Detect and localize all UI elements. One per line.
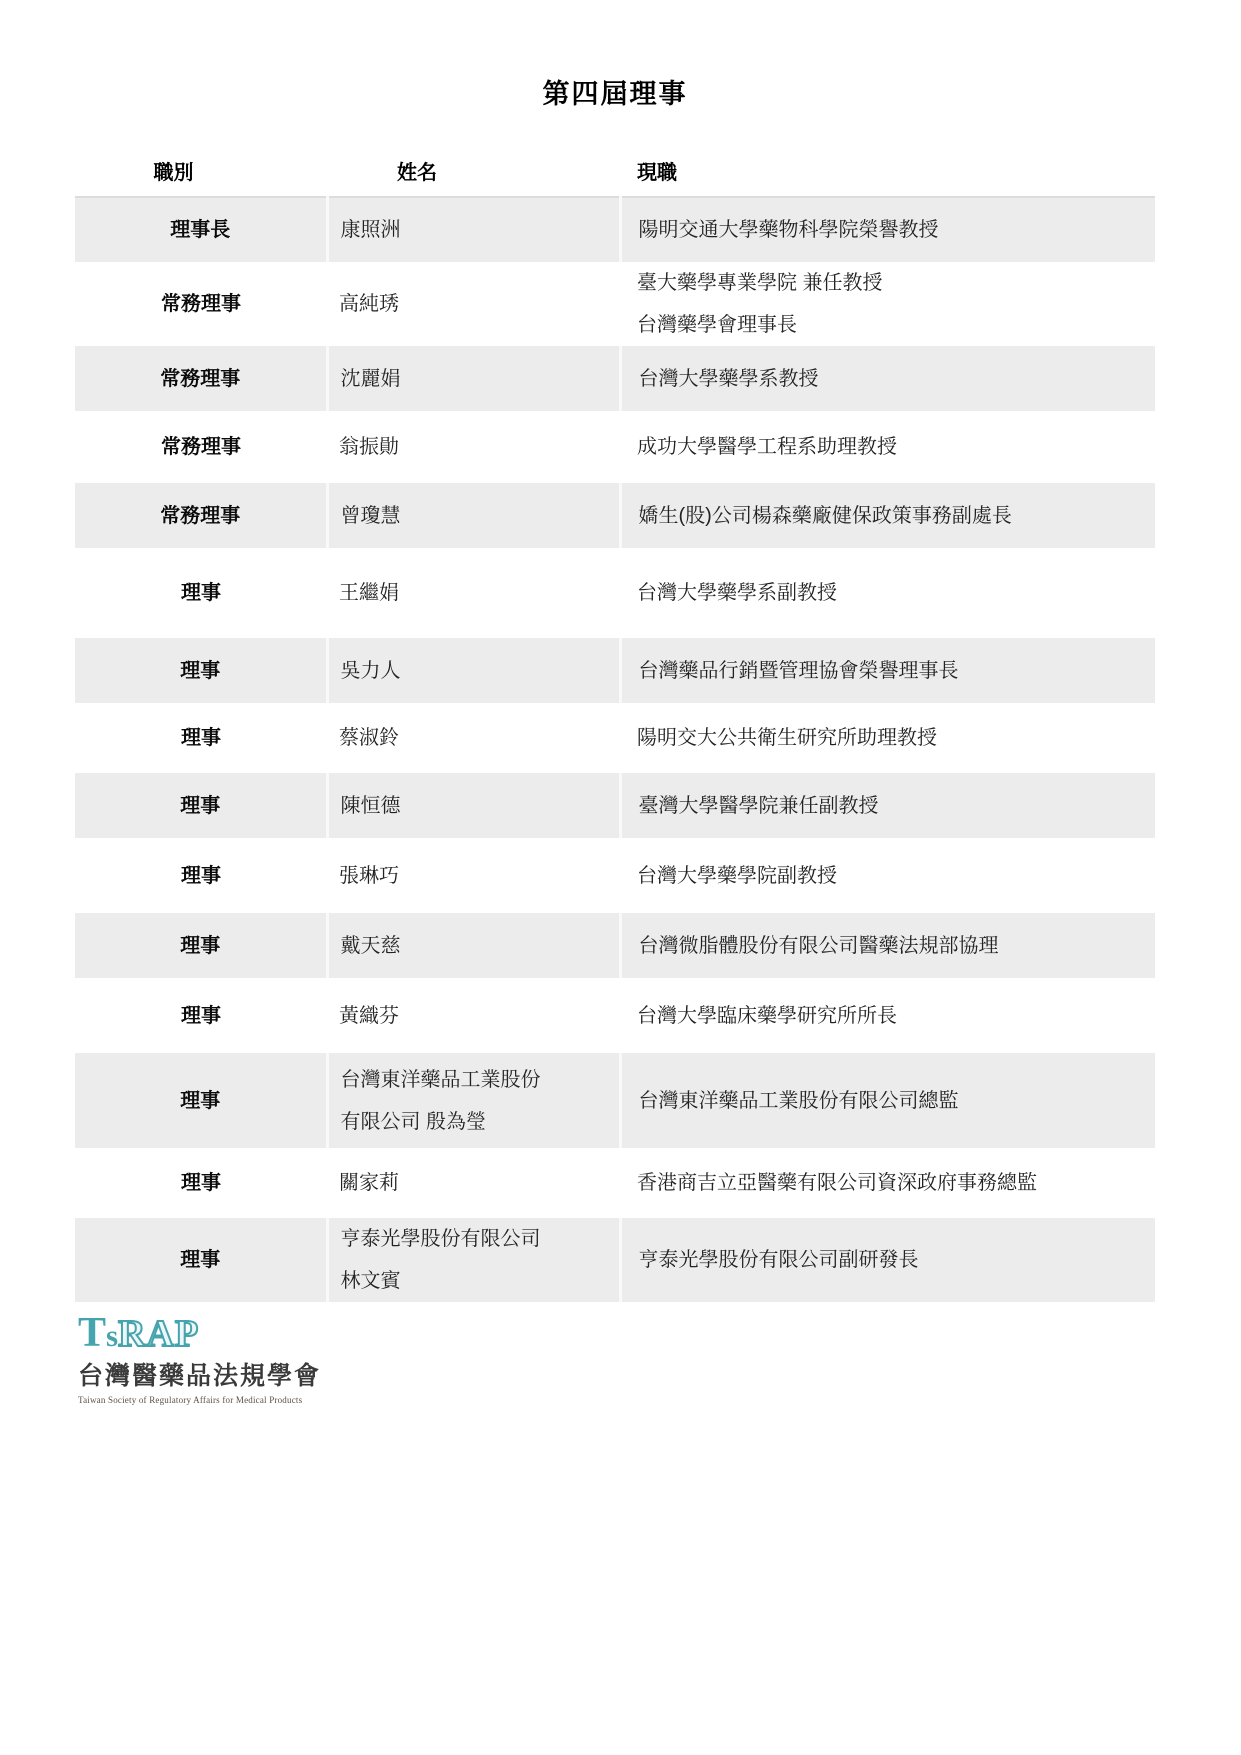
position-cell: 陽明交通大學藥物科學院榮譽教授 <box>620 197 1155 262</box>
table-row: 理事長 康照洲 陽明交通大學藥物科學院榮譽教授 <box>75 197 1155 262</box>
name-cell: 曾瓊慧 <box>327 483 620 548</box>
role-cell: 理事 <box>75 1053 327 1148</box>
name-cell: 吳力人 <box>327 638 620 703</box>
position-cell: 台灣微脂體股份有限公司醫藥法規部協理 <box>620 913 1155 978</box>
role-cell: 理事 <box>75 638 327 703</box>
name-cell: 翁振勛 <box>327 411 620 483</box>
name-cell: 黃織芬 <box>327 978 620 1053</box>
directors-table: 職別 姓名 現職 理事長 康照洲 陽明交通大學藥物科學院榮譽教授 常務理事 高純… <box>75 145 1155 1302</box>
table-row: 理事 吳力人 台灣藥品行銷暨管理協會榮譽理事長 <box>75 638 1155 703</box>
name-cell: 高純琇 <box>327 262 620 346</box>
name-cell: 王繼娟 <box>327 548 620 638</box>
table-row: 理事 蔡淑鈴 陽明交大公共衛生研究所助理教授 <box>75 703 1155 773</box>
name-cell: 戴天慈 <box>327 913 620 978</box>
column-header-position: 現職 <box>620 145 1155 197</box>
position-cell: 台灣藥品行銷暨管理協會榮譽理事長 <box>620 638 1155 703</box>
org-name-chinese: 台灣醫藥品法規學會 <box>78 1356 1155 1392</box>
table-row: 常務理事 高純琇 臺大藥學專業學院 兼任教授 台灣藥學會理事長 <box>75 262 1155 346</box>
role-cell: 理事長 <box>75 197 327 262</box>
table-row: 理事 關家莉 香港商吉立亞醫藥有限公司資深政府事務總監 <box>75 1148 1155 1218</box>
name-cell: 關家莉 <box>327 1148 620 1218</box>
role-cell: 常務理事 <box>75 411 327 483</box>
position-cell: 成功大學醫學工程系助理教授 <box>620 411 1155 483</box>
column-header-role: 職別 <box>75 145 327 197</box>
name-cell: 陳恒德 <box>327 773 620 838</box>
role-cell: 常務理事 <box>75 262 327 346</box>
position-cell: 台灣東洋藥品工業股份有限公司總監 <box>620 1053 1155 1148</box>
table-row: 理事 亨泰光學股份有限公司 林文賓 亨泰光學股份有限公司副研發長 <box>75 1218 1155 1302</box>
table-row: 理事 陳恒德 臺灣大學醫學院兼任副教授 <box>75 773 1155 838</box>
name-cell: 台灣東洋藥品工業股份 有限公司 殷為瑩 <box>327 1053 620 1148</box>
name-cell: 沈麗娟 <box>327 346 620 411</box>
position-cell: 嬌生(股)公司楊森藥廠健保政策事務副處長 <box>620 483 1155 548</box>
column-header-name: 姓名 <box>327 145 620 197</box>
position-cell: 台灣大學藥學系教授 <box>620 346 1155 411</box>
tsrap-logo: TsRAP 台灣醫藥品法規學會 Taiwan Society of Regula… <box>78 1312 1155 1405</box>
position-cell: 亨泰光學股份有限公司副研發長 <box>620 1218 1155 1302</box>
org-name-english: Taiwan Society of Regulatory Affairs for… <box>78 1395 1155 1405</box>
role-cell: 理事 <box>75 548 327 638</box>
wordmark-letter-s: s <box>106 1318 118 1353</box>
table-row: 理事 黃織芬 台灣大學臨床藥學研究所所長 <box>75 978 1155 1053</box>
role-cell: 理事 <box>75 1148 327 1218</box>
table-row: 理事 王繼娟 台灣大學藥學系副教授 <box>75 548 1155 638</box>
role-cell: 理事 <box>75 913 327 978</box>
position-cell: 香港商吉立亞醫藥有限公司資深政府事務總監 <box>620 1148 1155 1218</box>
table-header: 職別 姓名 現職 <box>75 145 1155 197</box>
role-cell: 理事 <box>75 978 327 1053</box>
role-cell: 理事 <box>75 1218 327 1302</box>
table-row: 理事 張琳巧 台灣大學藥學院副教授 <box>75 838 1155 913</box>
role-cell: 常務理事 <box>75 483 327 548</box>
role-cell: 理事 <box>75 703 327 773</box>
position-cell: 台灣大學臨床藥學研究所所長 <box>620 978 1155 1053</box>
table-row: 理事 台灣東洋藥品工業股份 有限公司 殷為瑩 台灣東洋藥品工業股份有限公司總監 <box>75 1053 1155 1148</box>
wordmark-letter-t: T <box>78 1310 106 1356</box>
name-cell: 蔡淑鈴 <box>327 703 620 773</box>
name-cell: 康照洲 <box>327 197 620 262</box>
position-cell: 台灣大學藥學系副教授 <box>620 548 1155 638</box>
table-row: 常務理事 翁振勛 成功大學醫學工程系助理教授 <box>75 411 1155 483</box>
role-cell: 理事 <box>75 773 327 838</box>
tsrap-wordmark: TsRAP <box>78 1312 1155 1354</box>
role-cell: 理事 <box>75 838 327 913</box>
name-cell: 亨泰光學股份有限公司 林文賓 <box>327 1218 620 1302</box>
position-cell: 陽明交大公共衛生研究所助理教授 <box>620 703 1155 773</box>
position-cell: 台灣大學藥學院副教授 <box>620 838 1155 913</box>
position-cell: 臺大藥學專業學院 兼任教授 台灣藥學會理事長 <box>620 262 1155 346</box>
header-row: 職別 姓名 現職 <box>75 145 1155 197</box>
document-page: 第四屆理事 職別 姓名 現職 理事長 康照洲 陽明交通大學藥物科學院榮譽教授 常… <box>75 0 1155 1405</box>
table-row: 常務理事 曾瓊慧 嬌生(股)公司楊森藥廠健保政策事務副處長 <box>75 483 1155 548</box>
name-cell: 張琳巧 <box>327 838 620 913</box>
table-row: 理事 戴天慈 台灣微脂體股份有限公司醫藥法規部協理 <box>75 913 1155 978</box>
table-row: 常務理事 沈麗娟 台灣大學藥學系教授 <box>75 346 1155 411</box>
wordmark-letters-rap: RAP <box>118 1313 199 1355</box>
position-cell: 臺灣大學醫學院兼任副教授 <box>620 773 1155 838</box>
page-title: 第四屆理事 <box>75 72 1155 111</box>
role-cell: 常務理事 <box>75 346 327 411</box>
